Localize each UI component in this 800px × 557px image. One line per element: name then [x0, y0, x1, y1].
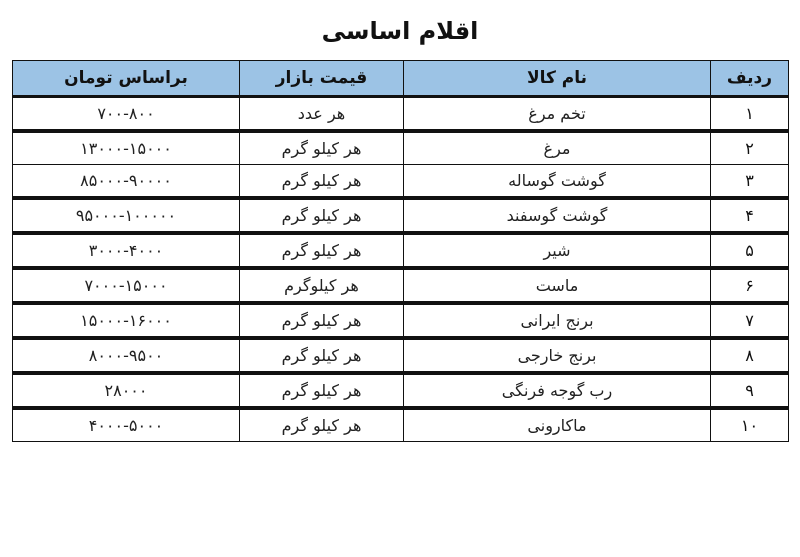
item-unit: هر کیلو گرم — [240, 131, 404, 165]
header-market-price: قیمت بازار — [240, 61, 404, 97]
item-price: ۲۸۰۰۰ — [13, 373, 240, 408]
item-unit: هر کیلو گرم — [240, 165, 404, 199]
table-row: ۲ مرغ هر کیلو گرم ۱۳۰۰۰-۱۵۰۰۰ — [13, 131, 789, 165]
item-name: رب گوجه فرنگی — [404, 373, 711, 408]
header-row-number: ردیف — [711, 61, 789, 97]
row-number: ۱ — [711, 97, 789, 132]
item-name: شیر — [404, 233, 711, 268]
header-item-name: نام کالا — [404, 61, 711, 97]
item-name: برنج ایرانی — [404, 303, 711, 338]
table-row: ۴ گوشت گوسفند هر کیلو گرم ۹۵۰۰۰-۱۰۰۰۰۰ — [13, 198, 789, 233]
page-title: اقلام اساسی — [0, 14, 800, 48]
item-price: ۸۵۰۰۰-۹۰۰۰۰ — [13, 165, 240, 199]
table-row: ۱ تخم مرغ هر عدد ۷۰۰-۸۰۰ — [13, 97, 789, 132]
item-price: ۱۵۰۰۰-۱۶۰۰۰ — [13, 303, 240, 338]
row-number: ۵ — [711, 233, 789, 268]
row-number: ۸ — [711, 338, 789, 373]
item-price: ۱۳۰۰۰-۱۵۰۰۰ — [13, 131, 240, 165]
table-row: ۶ ماست هر کیلوگرم ۷۰۰۰-۱۵۰۰۰ — [13, 268, 789, 303]
item-unit: هر کیلو گرم — [240, 408, 404, 442]
row-number: ۱۰ — [711, 408, 789, 442]
row-number: ۹ — [711, 373, 789, 408]
item-price: ۴۰۰۰-۵۰۰۰ — [13, 408, 240, 442]
item-unit: هر عدد — [240, 97, 404, 132]
item-name: مرغ — [404, 131, 711, 165]
item-unit: هر کیلو گرم — [240, 198, 404, 233]
table-row: ۸ برنج خارجی هر کیلو گرم ۸۰۰۰-۹۵۰۰ — [13, 338, 789, 373]
table-row: ۹ رب گوجه فرنگی هر کیلو گرم ۲۸۰۰۰ — [13, 373, 789, 408]
table-row: ۵ شیر هر کیلو گرم ۳۰۰۰-۴۰۰۰ — [13, 233, 789, 268]
item-price: ۳۰۰۰-۴۰۰۰ — [13, 233, 240, 268]
table-row: ۱۰ ماکارونی هر کیلو گرم ۴۰۰۰-۵۰۰۰ — [13, 408, 789, 442]
item-unit: هر کیلو گرم — [240, 373, 404, 408]
table-row: ۳ گوشت گوساله هر کیلو گرم ۸۵۰۰۰-۹۰۰۰۰ — [13, 165, 789, 199]
item-price: ۷۰۰۰-۱۵۰۰۰ — [13, 268, 240, 303]
item-unit: هر کیلو گرم — [240, 303, 404, 338]
item-price: ۷۰۰-۸۰۰ — [13, 97, 240, 132]
item-price: ۹۵۰۰۰-۱۰۰۰۰۰ — [13, 198, 240, 233]
item-name: برنج خارجی — [404, 338, 711, 373]
item-name: گوشت گوسفند — [404, 198, 711, 233]
row-number: ۲ — [711, 131, 789, 165]
item-unit: هر کیلو گرم — [240, 233, 404, 268]
row-number: ۶ — [711, 268, 789, 303]
item-name: تخم مرغ — [404, 97, 711, 132]
row-number: ۳ — [711, 165, 789, 199]
table-row: ۷ برنج ایرانی هر کیلو گرم ۱۵۰۰۰-۱۶۰۰۰ — [13, 303, 789, 338]
item-price: ۸۰۰۰-۹۵۰۰ — [13, 338, 240, 373]
item-unit: هر کیلوگرم — [240, 268, 404, 303]
item-name: ماکارونی — [404, 408, 711, 442]
item-name: ماست — [404, 268, 711, 303]
header-row: ردیف نام کالا قیمت بازار براساس تومان — [13, 61, 789, 97]
price-table: ردیف نام کالا قیمت بازار براساس تومان ۱ … — [12, 60, 789, 442]
item-name: گوشت گوساله — [404, 165, 711, 199]
item-unit: هر کیلو گرم — [240, 338, 404, 373]
row-number: ۴ — [711, 198, 789, 233]
row-number: ۷ — [711, 303, 789, 338]
header-price-toman: براساس تومان — [13, 61, 240, 97]
